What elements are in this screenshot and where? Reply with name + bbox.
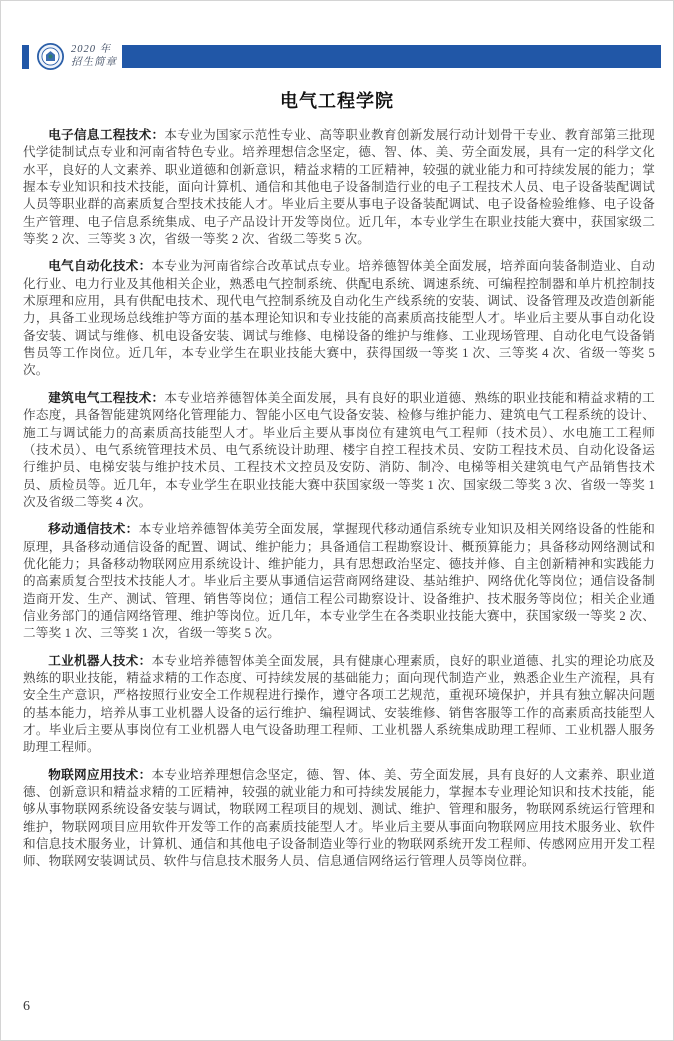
- content-area: 电子信息工程技术：本专业为国家示范性专业、高等职业教育创新发展行动计划骨干专业、…: [23, 127, 655, 881]
- major-paragraph-electrical-automation: 电气自动化技术：本专业为河南省综合改革试点专业。培养德智体美全面发展，培养面向装…: [23, 258, 655, 379]
- major-label: 电子信息工程技术：: [48, 128, 164, 142]
- major-paragraph-electronic-information: 电子信息工程技术：本专业为国家示范性专业、高等职业教育创新发展行动计划骨干专业、…: [23, 127, 655, 248]
- header-year-text: 2020 年 招生简章: [71, 43, 117, 69]
- major-text: 本专业培养理想信念坚定，德、智、体、美、劳全面发展，具有良好的人文素养、职业道德…: [23, 768, 655, 869]
- major-label: 电气自动化技术：: [48, 259, 151, 273]
- major-label: 移动通信技术：: [48, 522, 138, 536]
- major-paragraph-building-electrical: 建筑电气工程技术：本专业培养德智体美全面发展，具有良好的职业道德、熟练的职业技能…: [23, 390, 655, 511]
- major-label: 建筑电气工程技术：: [48, 391, 164, 405]
- header-year-line2: 招生简章: [71, 56, 117, 69]
- page-title: 电气工程学院: [1, 87, 673, 113]
- major-label: 物联网应用技术：: [48, 768, 151, 782]
- header-accent-bar: [22, 45, 29, 69]
- header-rule-bar: [122, 45, 661, 68]
- page-number: 6: [23, 999, 30, 1015]
- major-text: 本专业为河南省综合改革试点专业。培养德智体美全面发展，培养面向装备制造业、自动化…: [23, 259, 655, 377]
- document-page: 2020 年 招生简章 电气工程学院 电子信息工程技术：本专业为国家示范性专业、…: [0, 0, 674, 1041]
- major-text: 本专业为国家示范性专业、高等职业教育创新发展行动计划骨干专业、教育部第三批现代学…: [23, 128, 655, 246]
- major-paragraph-mobile-communication: 移动通信技术：本专业培养德智体美劳全面发展，掌握现代移动通信系统专业知识及相关网…: [23, 521, 655, 642]
- major-text: 本专业培养德智体美全面发展，具有良好的职业道德、熟练的职业技能和精益求精的工作态…: [23, 391, 655, 509]
- major-paragraph-iot-application: 物联网应用技术：本专业培养理想信念坚定，德、智、体、美、劳全面发展，具有良好的人…: [23, 767, 655, 871]
- major-label: 工业机器人技术：: [48, 654, 151, 668]
- header-year-line1: 2020 年: [71, 43, 117, 56]
- major-text: 本专业培养德智体美劳全面发展，掌握现代移动通信系统专业知识及相关网络设备的性能和…: [23, 522, 655, 640]
- major-paragraph-industrial-robot: 工业机器人技术：本专业培养德智体美全面发展，具有健康心理素质，良好的职业道德、扎…: [23, 653, 655, 757]
- university-seal-icon: [37, 43, 64, 70]
- major-text: 本专业培养德智体美全面发展，具有健康心理素质，良好的职业道德、扎实的理论功底及熟…: [23, 654, 655, 755]
- university-seal-logo: [37, 43, 64, 70]
